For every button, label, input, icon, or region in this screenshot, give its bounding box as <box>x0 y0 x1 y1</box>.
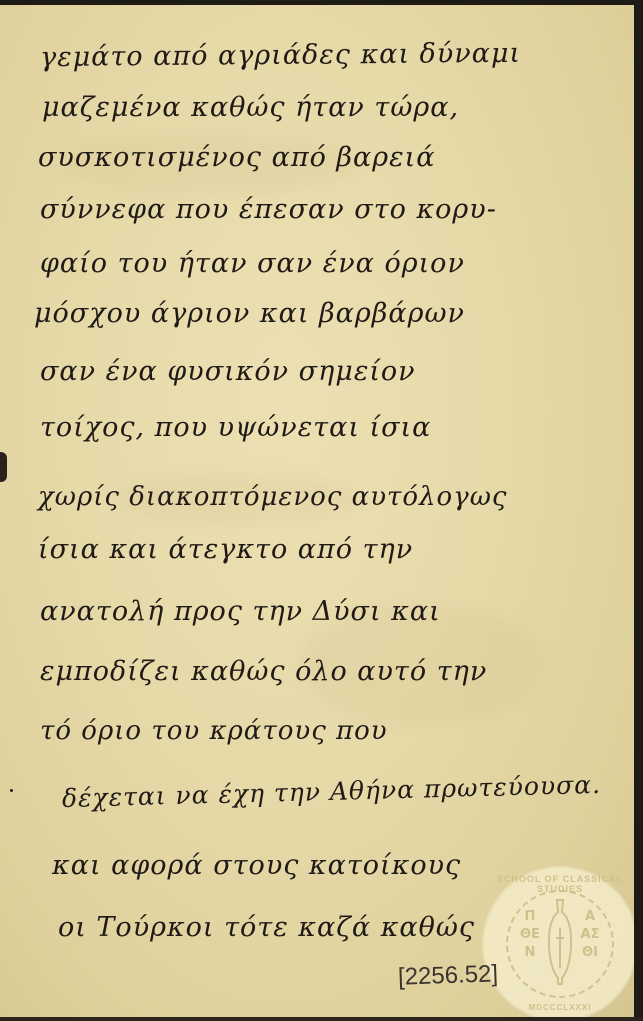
handwritten-line-4: σύννεφα που έπεσαν στο κορυ- <box>40 194 497 225</box>
handwritten-line-12: εμποδίζει καθώς όλο αυτό την <box>40 656 487 687</box>
institution-seal-stamp: SCHOOL OF CLASSICAL STUDIES Π ΘΕ Ν Α ΑΣ … <box>484 868 634 1018</box>
scan-border-bottom <box>0 1017 643 1021</box>
handwritten-line-6: μόσχου άγριον και βαρβάρων <box>34 298 465 329</box>
seal-letter: Ν <box>518 944 542 962</box>
seal-letter: Π <box>518 908 542 926</box>
handwritten-line-15: και αφορά στους κατοίκους <box>52 850 461 881</box>
handwritten-line-13: τό όριο του κράτους που <box>40 716 388 746</box>
scan-border-top <box>0 0 643 5</box>
seal-letter: ΑΣ <box>578 926 602 944</box>
archive-reference-number: [2256.52] <box>398 960 499 991</box>
seal-letter: ΘΙ <box>578 944 602 962</box>
handwritten-line-14: δέχεται να έχη την Αθήνα πρωτεύουσα. <box>62 770 602 813</box>
handwritten-line-1: γεμάτο από αγριάδες και δύναμι <box>40 38 521 73</box>
handwritten-line-7: σαν ένα φυσικόν σημείον <box>40 356 416 387</box>
scan-border-right <box>634 0 643 1021</box>
handwritten-line-2: μαζεμένα καθώς ήταν τώρα, <box>42 92 459 123</box>
handwritten-line-10: ίσια και άτεγκτο από την <box>38 534 413 565</box>
margin-ink-mark <box>0 452 7 482</box>
seal-letter: Α <box>578 908 602 926</box>
manuscript-page: γεμάτο από αγριάδες και δύναμι μαζεμένα … <box>0 4 634 1018</box>
seal-letters-right: Α ΑΣ ΘΙ <box>578 908 602 962</box>
seal-letter: ΘΕ <box>518 926 542 944</box>
handwritten-line-3: συσκοτισμένος από βαρειά <box>38 142 435 173</box>
amphora-icon <box>544 898 576 988</box>
handwritten-line-11: ανατολή προς την Δύσι και <box>40 596 441 627</box>
seal-letters-left: Π ΘΕ Ν <box>518 908 542 962</box>
seal-bottom-text: MDCCCLXXXI <box>484 1003 634 1012</box>
handwritten-line-16: οι Τούρκοι τότε καζά καθώς <box>58 912 475 943</box>
handwritten-line-8: τοίχος, που υψώνεται ίσια <box>40 412 431 443</box>
handwritten-line-5: φαίο του ήταν σαν ένα όριον <box>40 248 465 279</box>
handwritten-line-9: χωρίς διακοπτόμενος αυτόλογως <box>38 482 507 512</box>
margin-dot <box>10 789 13 792</box>
